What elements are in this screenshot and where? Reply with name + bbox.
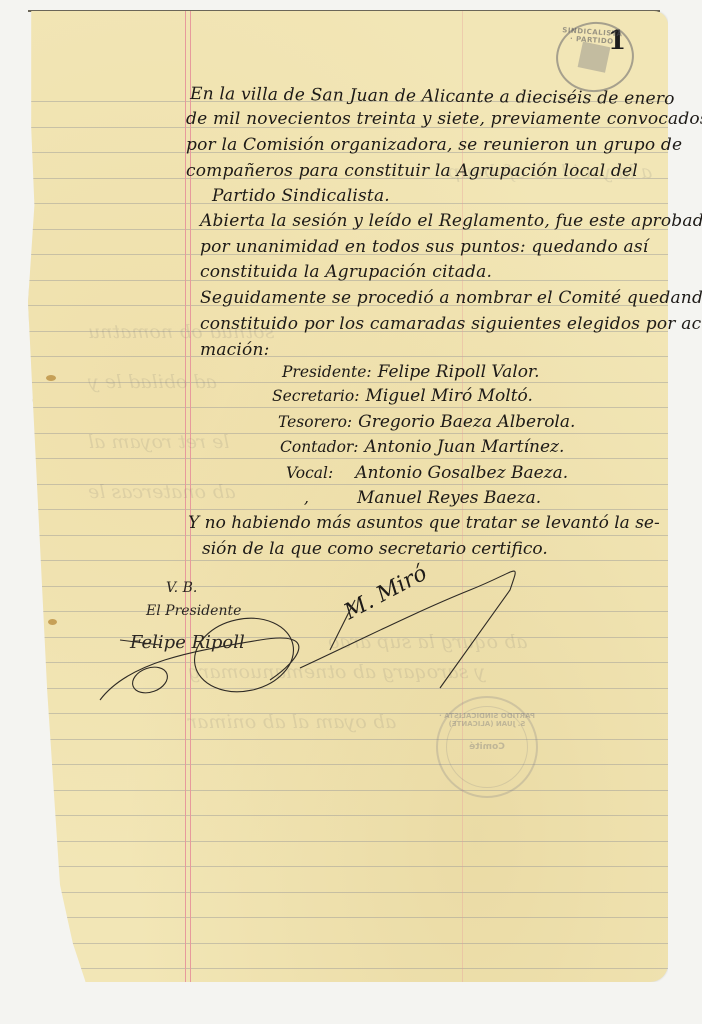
paper-stain bbox=[48, 619, 57, 625]
ruled-line bbox=[28, 356, 668, 357]
minutes-line: por unanimidad en todos sus puntos: qued… bbox=[200, 237, 648, 257]
ruled-line bbox=[28, 535, 668, 536]
ruled-line bbox=[28, 458, 668, 459]
minutes-line: Partido Sindicalista. bbox=[212, 186, 390, 206]
bleed-through-text: le ret royam al bbox=[88, 431, 229, 453]
committee-role: Presidente: bbox=[282, 363, 372, 381]
committee-role: Contador: bbox=[280, 438, 359, 456]
paper-stain bbox=[46, 375, 56, 381]
minutes-line: constituida la Agrupación citada. bbox=[200, 262, 492, 282]
ruled-line bbox=[28, 866, 668, 867]
ruled-line bbox=[28, 739, 668, 740]
committee-member-row: ,Manuel Reyes Baeza. bbox=[304, 488, 541, 508]
minutes-line: mación: bbox=[200, 340, 270, 360]
president-title: El Presidente bbox=[146, 603, 241, 619]
ruled-line bbox=[28, 841, 668, 842]
minutes-line: por la Comisión organizadora, se reunier… bbox=[186, 135, 682, 155]
ink-stamp-bottom-bleed: PARTIDO SINDICALISTA · S. JUAN (ALICANTE… bbox=[436, 696, 538, 798]
paper-stain bbox=[26, 397, 33, 404]
committee-name: Antonio Gosalbez Baeza. bbox=[355, 463, 568, 483]
closing-line: sión de la que como secretario certifico… bbox=[202, 539, 548, 559]
ruled-line bbox=[28, 892, 668, 893]
minutes-line: constituido por los camaradas siguientes… bbox=[200, 314, 702, 334]
ruled-line bbox=[28, 790, 668, 791]
approval-mark: V. B. bbox=[166, 580, 197, 596]
ruled-line bbox=[28, 943, 668, 944]
minutes-line: Seguidamente se procedió a nombrar el Co… bbox=[200, 288, 702, 308]
ruled-line bbox=[28, 968, 668, 969]
committee-member-row: Vocal:Antonio Gosalbez Baeza. bbox=[286, 463, 568, 483]
stamp-seal-icon bbox=[578, 42, 611, 73]
ruled-line bbox=[28, 560, 668, 561]
committee-role: Secretario: bbox=[272, 387, 359, 405]
ruled-line bbox=[28, 688, 668, 689]
committee-name: Gregorio Baeza Alberola. bbox=[358, 412, 575, 432]
minutes-line: de mil novecientos treinta y siete, prev… bbox=[186, 109, 702, 129]
committee-name: Felipe Ripoll Valor. bbox=[378, 362, 540, 382]
committee-role: , bbox=[304, 489, 309, 507]
ruled-line bbox=[28, 586, 668, 587]
committee-role: Tesorero: bbox=[278, 413, 352, 431]
ruled-line bbox=[28, 407, 668, 408]
closing-line: Y no habiendo más asuntos que tratar se … bbox=[188, 513, 660, 533]
ruled-line bbox=[28, 509, 668, 510]
stamp-ring-text: PARTIDO SINDICALISTA · S. JUAN (ALICANTE… bbox=[438, 712, 536, 728]
bleed-through-text: ab oyam al ab onimar bbox=[188, 711, 396, 733]
committee-name: Manuel Reyes Baeza. bbox=[357, 488, 541, 508]
committee-member-row: Secretario:Miguel Miró Moltó. bbox=[272, 386, 533, 406]
minutes-line: Abierta la sesión y leído el Reglamento,… bbox=[200, 211, 702, 231]
committee-member-row: Contador:Antonio Juan Martínez. bbox=[280, 437, 564, 457]
minutes-line: compañeros para constituir la Agrupación… bbox=[186, 161, 638, 181]
bleed-through-text: ad obilad le y bbox=[88, 371, 217, 393]
ruled-line bbox=[28, 815, 668, 816]
committee-member-row: Presidente:Felipe Ripoll Valor. bbox=[282, 362, 540, 382]
stamp-center-text: Comité bbox=[438, 742, 536, 752]
ruled-line bbox=[28, 917, 668, 918]
committee-name: Miguel Miró Moltó. bbox=[365, 386, 532, 406]
ruled-line bbox=[28, 764, 668, 765]
bleed-through-text: y saroqarg ab otnemanuomarg bbox=[188, 661, 485, 683]
committee-role: Vocal: bbox=[286, 464, 333, 482]
bleed-through-text: ab onatercas le bbox=[88, 481, 236, 503]
committee-member-row: Tesorero:Gregorio Baeza Alberola. bbox=[278, 412, 575, 432]
bleed-through-text: ab oqurg la sup arao bbox=[328, 631, 527, 653]
president-signature: Felipe Ripoll bbox=[130, 632, 245, 653]
committee-name: Antonio Juan Martínez. bbox=[365, 437, 565, 457]
